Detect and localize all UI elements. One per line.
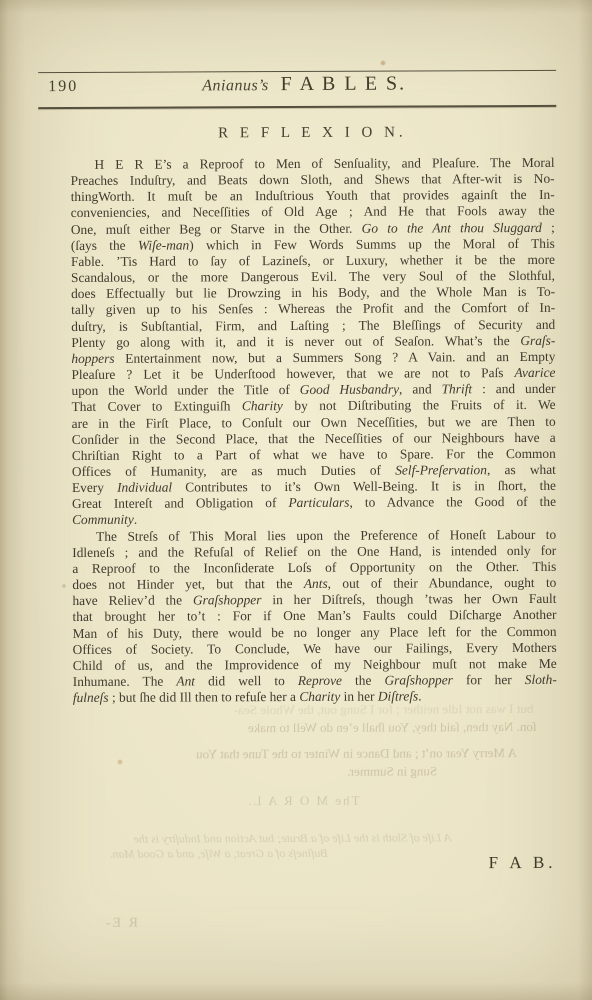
section-title: R E F L E X I O N. bbox=[70, 124, 554, 143]
bleed-line: ſon. Nay then, ſaid they, You ſhall e’en… bbox=[248, 719, 537, 736]
bleed-line: Buſineſs of a Great, a Wiſe, and a Good … bbox=[109, 846, 327, 862]
paragraph: The Streſs of This Moral lies upon the P… bbox=[72, 526, 557, 706]
catchword: F A B. bbox=[489, 853, 557, 873]
running-title-author: Anianus’s bbox=[202, 77, 269, 94]
running-title-fables: F A B L E S. bbox=[281, 73, 407, 96]
bleedthrough-text: but I was not Idle neither ; for I Sung … bbox=[0, 0, 590, 1]
header-rule-bottom bbox=[38, 105, 556, 109]
body-text: H E R E’s a Reproof to Men of Senſuality… bbox=[71, 155, 557, 706]
bleed-line: The M O R A L. bbox=[246, 793, 359, 809]
paragraph: H E R E’s a Reproof to Men of Senſuality… bbox=[71, 155, 557, 529]
bleed-line: Sung in Summer. bbox=[347, 763, 437, 779]
page-content: 190 Anianus’s F A B L E S. R E F L E X I… bbox=[0, 0, 592, 1000]
text-line: Great Intereſt and Obligation of Particu… bbox=[72, 494, 556, 512]
text-line: Inhumane. The Ant did well to Reprove th… bbox=[73, 672, 557, 690]
bleed-line: R E- bbox=[104, 916, 138, 932]
bleed-line: A Life of Sloth is the Life of a Brute; … bbox=[134, 830, 452, 846]
bleed-line: but I was not Idle neither ; for I Sung … bbox=[233, 701, 532, 718]
running-title: Anianus’s F A B L E S. bbox=[58, 72, 550, 97]
bleed-line: A Merry Year on’t ; and Dance in Winter … bbox=[196, 745, 517, 762]
book-page: 190 Anianus’s F A B L E S. R E F L E X I… bbox=[0, 0, 592, 1000]
